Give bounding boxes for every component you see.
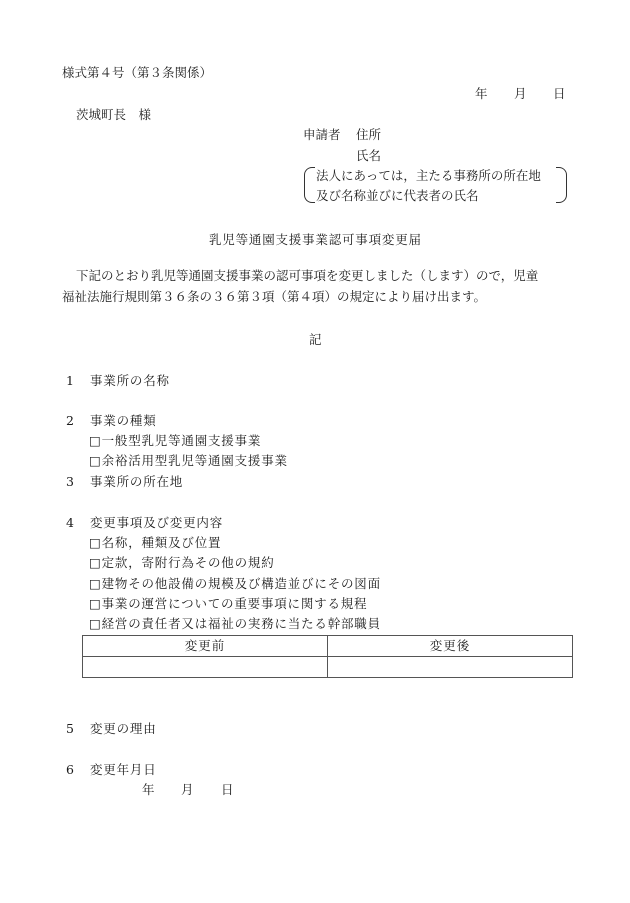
item-6-number: 6 <box>66 764 74 777</box>
body-text-line2: 福祉法施行規則第３６条の３６第３項（第４項）の規定により届け出ます。 <box>62 291 486 304</box>
item-2-number: 2 <box>66 415 74 428</box>
item-4-number: 4 <box>66 517 74 530</box>
ki-heading: 記 <box>309 334 322 347</box>
business-type-option-surplus[interactable]: □余裕活用型乳児等通園支援事業 <box>89 455 288 468</box>
change-option-articles[interactable]: □定款，寄附行為その他の規約 <box>89 557 275 570</box>
applicant-address-label: 住所 <box>356 129 381 142</box>
header-after-change: 変更後 <box>328 636 573 657</box>
item-5-number: 5 <box>66 723 74 736</box>
item-4-label: 変更事項及び変更内容 <box>90 517 223 530</box>
change-date-day-label: 日 <box>221 784 234 797</box>
change-date-year-label: 年 <box>142 784 155 797</box>
item-5-label: 変更の理由 <box>90 723 157 736</box>
item-3-label: 事業所の所在地 <box>90 476 183 489</box>
applicant-name-label: 氏名 <box>356 150 381 163</box>
item-6-label: 変更年月日 <box>90 764 157 777</box>
item-2-label: 事業の種類 <box>90 415 157 428</box>
change-option-operating-rules[interactable]: □事業の運営についての重要事項に関する規程 <box>89 598 367 611</box>
change-option-building[interactable]: □建物その他設備の規模及び構造並びにその図面 <box>89 578 381 591</box>
item-3-number: 3 <box>66 476 74 489</box>
change-option-name-type-location[interactable]: □名称，種類及び位置 <box>89 537 221 550</box>
date-day-label: 日 <box>553 88 566 101</box>
header-before-change: 変更前 <box>83 636 328 657</box>
change-option-executive-staff[interactable]: □経営の責任者又は福祉の実務に当たる幹部職員 <box>89 618 381 631</box>
business-type-option-general[interactable]: □一般型乳児等通園支援事業 <box>89 435 261 448</box>
addressee: 茨城町長 様 <box>76 109 151 122</box>
item-1-number: 1 <box>66 375 74 388</box>
table-row <box>83 657 573 678</box>
applicant-note-line2: 及び名称並びに代表者の氏名 <box>316 190 479 203</box>
right-paren-bracket <box>556 167 567 203</box>
before-change-cell[interactable] <box>83 657 328 678</box>
item-1-label: 事業所の名称 <box>90 375 170 388</box>
left-paren-bracket <box>304 167 315 203</box>
change-table-header-row: 変更前 変更後 <box>83 636 573 657</box>
document-title: 乳児等通園支援事業認可事項変更届 <box>209 234 422 247</box>
applicant-note-line1: 法人にあっては，主たる事務所の所在地 <box>316 170 541 183</box>
date-month-label: 月 <box>514 88 527 101</box>
after-change-cell[interactable] <box>328 657 573 678</box>
change-table: 変更前 変更後 <box>82 635 573 678</box>
applicant-label: 申請者 <box>303 129 341 142</box>
form-number: 様式第４号（第３条関係） <box>62 67 212 80</box>
change-date-month-label: 月 <box>181 784 194 797</box>
date-year-label: 年 <box>475 88 488 101</box>
body-text-line1: 下記のとおり乳児等通園支援事業の認可事項を変更しました（します）ので，児童 <box>76 270 538 283</box>
